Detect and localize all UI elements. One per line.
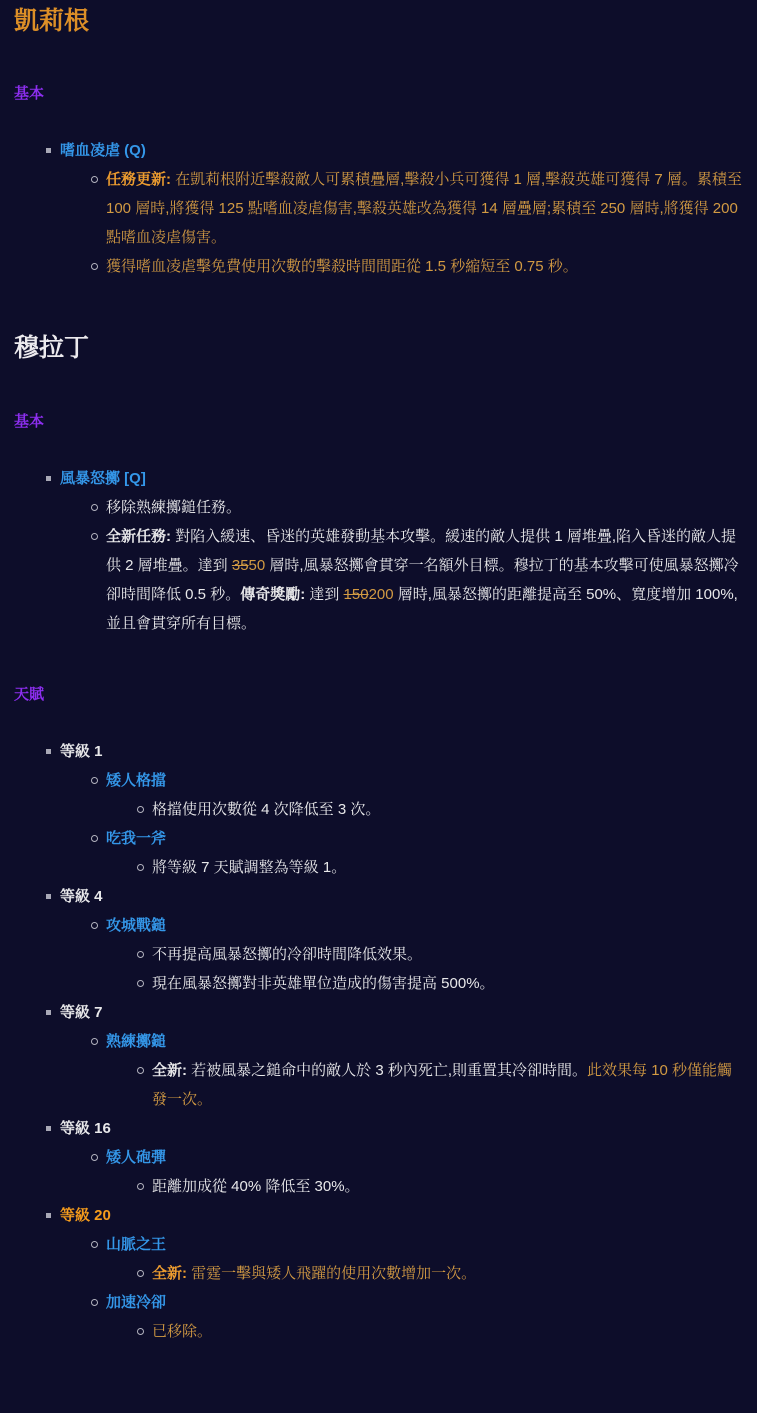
list-item: 已移除。 [152, 1317, 743, 1346]
change-list: 不再提高風暴怒擲的冷卻時間降低效果。現在風暴怒擲對非英雄單位造成的傷害提高 50… [106, 940, 743, 998]
change-list: 全新: 若被風暴之鎚命中的敵人於 3 秒內死亡,則重置其冷卻時間。此效果每 10… [106, 1056, 743, 1114]
talent-tier-label: 等級 7 [60, 1004, 103, 1021]
list-item: 吃我一斧將等級 7 天賦調整為等級 1。 [106, 824, 743, 882]
list-item: 加速冷卻已移除。 [106, 1288, 743, 1346]
list-item: 矮人格擋格擋使用次數從 4 次降低至 3 次。 [106, 766, 743, 824]
talent-tier-label: 等級 20 [60, 1207, 111, 1224]
section-heading-talents: 天賦 [14, 685, 743, 704]
change-list: 任務更新: 在凱莉根附近擊殺敵人可累積疊層,擊殺小兵可獲得 1 層,擊殺英雄可獲… [60, 165, 743, 281]
change-list-mount: 等級 1矮人格擋格擋使用次數從 4 次降低至 3 次。吃我一斧將等級 7 天賦調… [14, 737, 743, 1346]
old-value-strikethrough: 35 [232, 557, 249, 574]
change-text: 200 [369, 586, 394, 603]
change-type-label: 全新任務: [106, 528, 175, 545]
list-item: 全新任務: 對陷入緩速、昏迷的英雄發動基本攻擊。緩速的敵人提供 1 層堆疊,陷入… [106, 522, 743, 638]
change-list: 風暴怒擲 [Q]移除熟練擲鎚任務。全新任務: 對陷入緩速、昏迷的英雄發動基本攻擊… [14, 464, 743, 638]
change-text: 不再提高風暴怒擲的冷卻時間降低效果。 [152, 946, 422, 963]
change-list: 矮人砲彈距離加成從 40% 降低至 30%。 [60, 1143, 743, 1201]
change-type-label: 傳奇獎勵: [240, 586, 309, 603]
list-item: 獲得嗜血凌虐擊免費使用次數的擊殺時間間距從 1.5 秒縮短至 0.75 秒。 [106, 252, 743, 281]
change-text: 在凱莉根附近擊殺敵人可累積疊層,擊殺小兵可獲得 1 層,擊殺英雄可獲得 7 層。… [106, 171, 742, 246]
change-type-label: 全新: [152, 1062, 191, 1079]
change-text: 獲得嗜血凌虐擊免費使用次數的擊殺時間間距從 1.5 秒縮短至 0.75 秒。 [106, 258, 578, 275]
change-text: 移除熟練擲鎚任務。 [106, 499, 241, 516]
list-item: 風暴怒擲 [Q]移除熟練擲鎚任務。全新任務: 對陷入緩速、昏迷的英雄發動基本攻擊… [60, 464, 743, 638]
old-value-strikethrough: 150 [344, 586, 369, 603]
change-list: 已移除。 [106, 1317, 743, 1346]
change-text: 50 [249, 557, 266, 574]
hero-name-heading: 凱莉根 [14, 6, 743, 37]
list-item: 等級 16矮人砲彈距離加成從 40% 降低至 30%。 [60, 1114, 743, 1201]
talent-tier-label: 等級 16 [60, 1120, 111, 1137]
change-list: 熟練擲鎚全新: 若被風暴之鎚命中的敵人於 3 秒內死亡,則重置其冷卻時間。此效果… [60, 1027, 743, 1114]
hero-section-muradin: 穆拉丁 基本 風暴怒擲 [Q]移除熟練擲鎚任務。全新任務: 對陷入緩速、昏迷的英… [14, 333, 743, 1345]
change-text: 將等級 7 天賦調整為等級 1。 [152, 859, 346, 876]
ability-link[interactable]: 加速冷卻 [106, 1294, 166, 1311]
change-text: 現在風暴怒擲對非英雄單位造成的傷害提高 500%。 [152, 975, 495, 992]
change-list: 等級 1矮人格擋格擋使用次數從 4 次降低至 3 次。吃我一斧將等級 7 天賦調… [14, 737, 743, 1346]
talent-tier-label: 等級 4 [60, 888, 103, 905]
list-item: 全新: 雷霆一擊與矮人飛躍的使用次數增加一次。 [152, 1259, 743, 1288]
list-item: 格擋使用次數從 4 次降低至 3 次。 [152, 795, 743, 824]
list-item: 等級 7熟練擲鎚全新: 若被風暴之鎚命中的敵人於 3 秒內死亡,則重置其冷卻時間… [60, 998, 743, 1114]
change-list: 全新: 雷霆一擊與矮人飛躍的使用次數增加一次。 [106, 1259, 743, 1288]
list-item: 移除熟練擲鎚任務。 [106, 493, 743, 522]
ability-link[interactable]: 吃我一斧 [106, 830, 166, 847]
section-heading-basic: 基本 [14, 412, 743, 431]
list-item: 不再提高風暴怒擲的冷卻時間降低效果。 [152, 940, 743, 969]
change-text: 格擋使用次數從 4 次降低至 3 次。 [152, 801, 380, 818]
list-item: 矮人砲彈距離加成從 40% 降低至 30%。 [106, 1143, 743, 1201]
change-list: 矮人格擋格擋使用次數從 4 次降低至 3 次。吃我一斧將等級 7 天賦調整為等級… [60, 766, 743, 882]
change-list: 山脈之王全新: 雷霆一擊與矮人飛躍的使用次數增加一次。加速冷卻已移除。 [60, 1230, 743, 1346]
list-item: 熟練擲鎚全新: 若被風暴之鎚命中的敵人於 3 秒內死亡,則重置其冷卻時間。此效果… [106, 1027, 743, 1114]
change-text: 達到 [309, 586, 343, 603]
change-text: 距離加成從 40% 降低至 30%。 [152, 1178, 360, 1195]
ability-link[interactable]: 攻城戰鎚 [106, 917, 166, 934]
change-list: 距離加成從 40% 降低至 30%。 [106, 1172, 743, 1201]
list-item: 等級 4攻城戰鎚不再提高風暴怒擲的冷卻時間降低效果。現在風暴怒擲對非英雄單位造成… [60, 882, 743, 998]
change-list: 將等級 7 天賦調整為等級 1。 [106, 853, 743, 882]
ability-link[interactable]: 熟練擲鎚 [106, 1033, 166, 1050]
ability-link[interactable]: 嗜血凌虐 (Q) [60, 142, 146, 159]
list-item: 全新: 若被風暴之鎚命中的敵人於 3 秒內死亡,則重置其冷卻時間。此效果每 10… [152, 1056, 743, 1114]
list-item: 現在風暴怒擲對非英雄單位造成的傷害提高 500%。 [152, 969, 743, 998]
list-item: 等級 1矮人格擋格擋使用次數從 4 次降低至 3 次。吃我一斧將等級 7 天賦調… [60, 737, 743, 882]
change-list: 移除熟練擲鎚任務。全新任務: 對陷入緩速、昏迷的英雄發動基本攻擊。緩速的敵人提供… [60, 493, 743, 638]
ability-link[interactable]: 風暴怒擲 [Q] [60, 470, 146, 487]
change-text: 已移除。 [152, 1323, 212, 1340]
hero-section-kerrigan: 凱莉根 基本 嗜血凌虐 (Q)任務更新: 在凱莉根附近擊殺敵人可累積疊層,擊殺小… [14, 6, 743, 281]
list-item: 任務更新: 在凱莉根附近擊殺敵人可累積疊層,擊殺小兵可獲得 1 層,擊殺英雄可獲… [106, 165, 743, 252]
change-list: 格擋使用次數從 4 次降低至 3 次。 [106, 795, 743, 824]
list-item: 山脈之王全新: 雷霆一擊與矮人飛躍的使用次數增加一次。 [106, 1230, 743, 1288]
list-item: 等級 20山脈之王全新: 雷霆一擊與矮人飛躍的使用次數增加一次。加速冷卻已移除。 [60, 1201, 743, 1346]
change-text: 雷霆一擊與矮人飛躍的使用次數增加一次。 [191, 1265, 476, 1282]
list-item: 將等級 7 天賦調整為等級 1。 [152, 853, 743, 882]
ability-link[interactable]: 山脈之王 [106, 1236, 166, 1253]
list-item: 嗜血凌虐 (Q)任務更新: 在凱莉根附近擊殺敵人可累積疊層,擊殺小兵可獲得 1 … [60, 136, 743, 281]
ability-link[interactable]: 矮人砲彈 [106, 1149, 166, 1166]
change-list-mount: 風暴怒擲 [Q]移除熟練擲鎚任務。全新任務: 對陷入緩速、昏迷的英雄發動基本攻擊… [14, 464, 743, 638]
change-list: 攻城戰鎚不再提高風暴怒擲的冷卻時間降低效果。現在風暴怒擲對非英雄單位造成的傷害提… [60, 911, 743, 998]
change-type-label: 任務更新: [106, 171, 175, 188]
change-text: 若被風暴之鎚命中的敵人於 3 秒內死亡,則重置其冷卻時間。 [191, 1062, 587, 1079]
change-type-label: 全新: [152, 1265, 191, 1282]
patch-notes-page: 凱莉根 基本 嗜血凌虐 (Q)任務更新: 在凱莉根附近擊殺敵人可累積疊層,擊殺小… [0, 0, 757, 1366]
section-heading-basic: 基本 [14, 84, 743, 103]
list-item: 攻城戰鎚不再提高風暴怒擲的冷卻時間降低效果。現在風暴怒擲對非英雄單位造成的傷害提… [106, 911, 743, 998]
list-item: 距離加成從 40% 降低至 30%。 [152, 1172, 743, 1201]
ability-link[interactable]: 矮人格擋 [106, 772, 166, 789]
change-list: 嗜血凌虐 (Q)任務更新: 在凱莉根附近擊殺敵人可累積疊層,擊殺小兵可獲得 1 … [14, 136, 743, 281]
hero-name-heading: 穆拉丁 [14, 333, 743, 364]
change-list-mount: 嗜血凌虐 (Q)任務更新: 在凱莉根附近擊殺敵人可累積疊層,擊殺小兵可獲得 1 … [14, 136, 743, 281]
talent-tier-label: 等級 1 [60, 743, 103, 760]
